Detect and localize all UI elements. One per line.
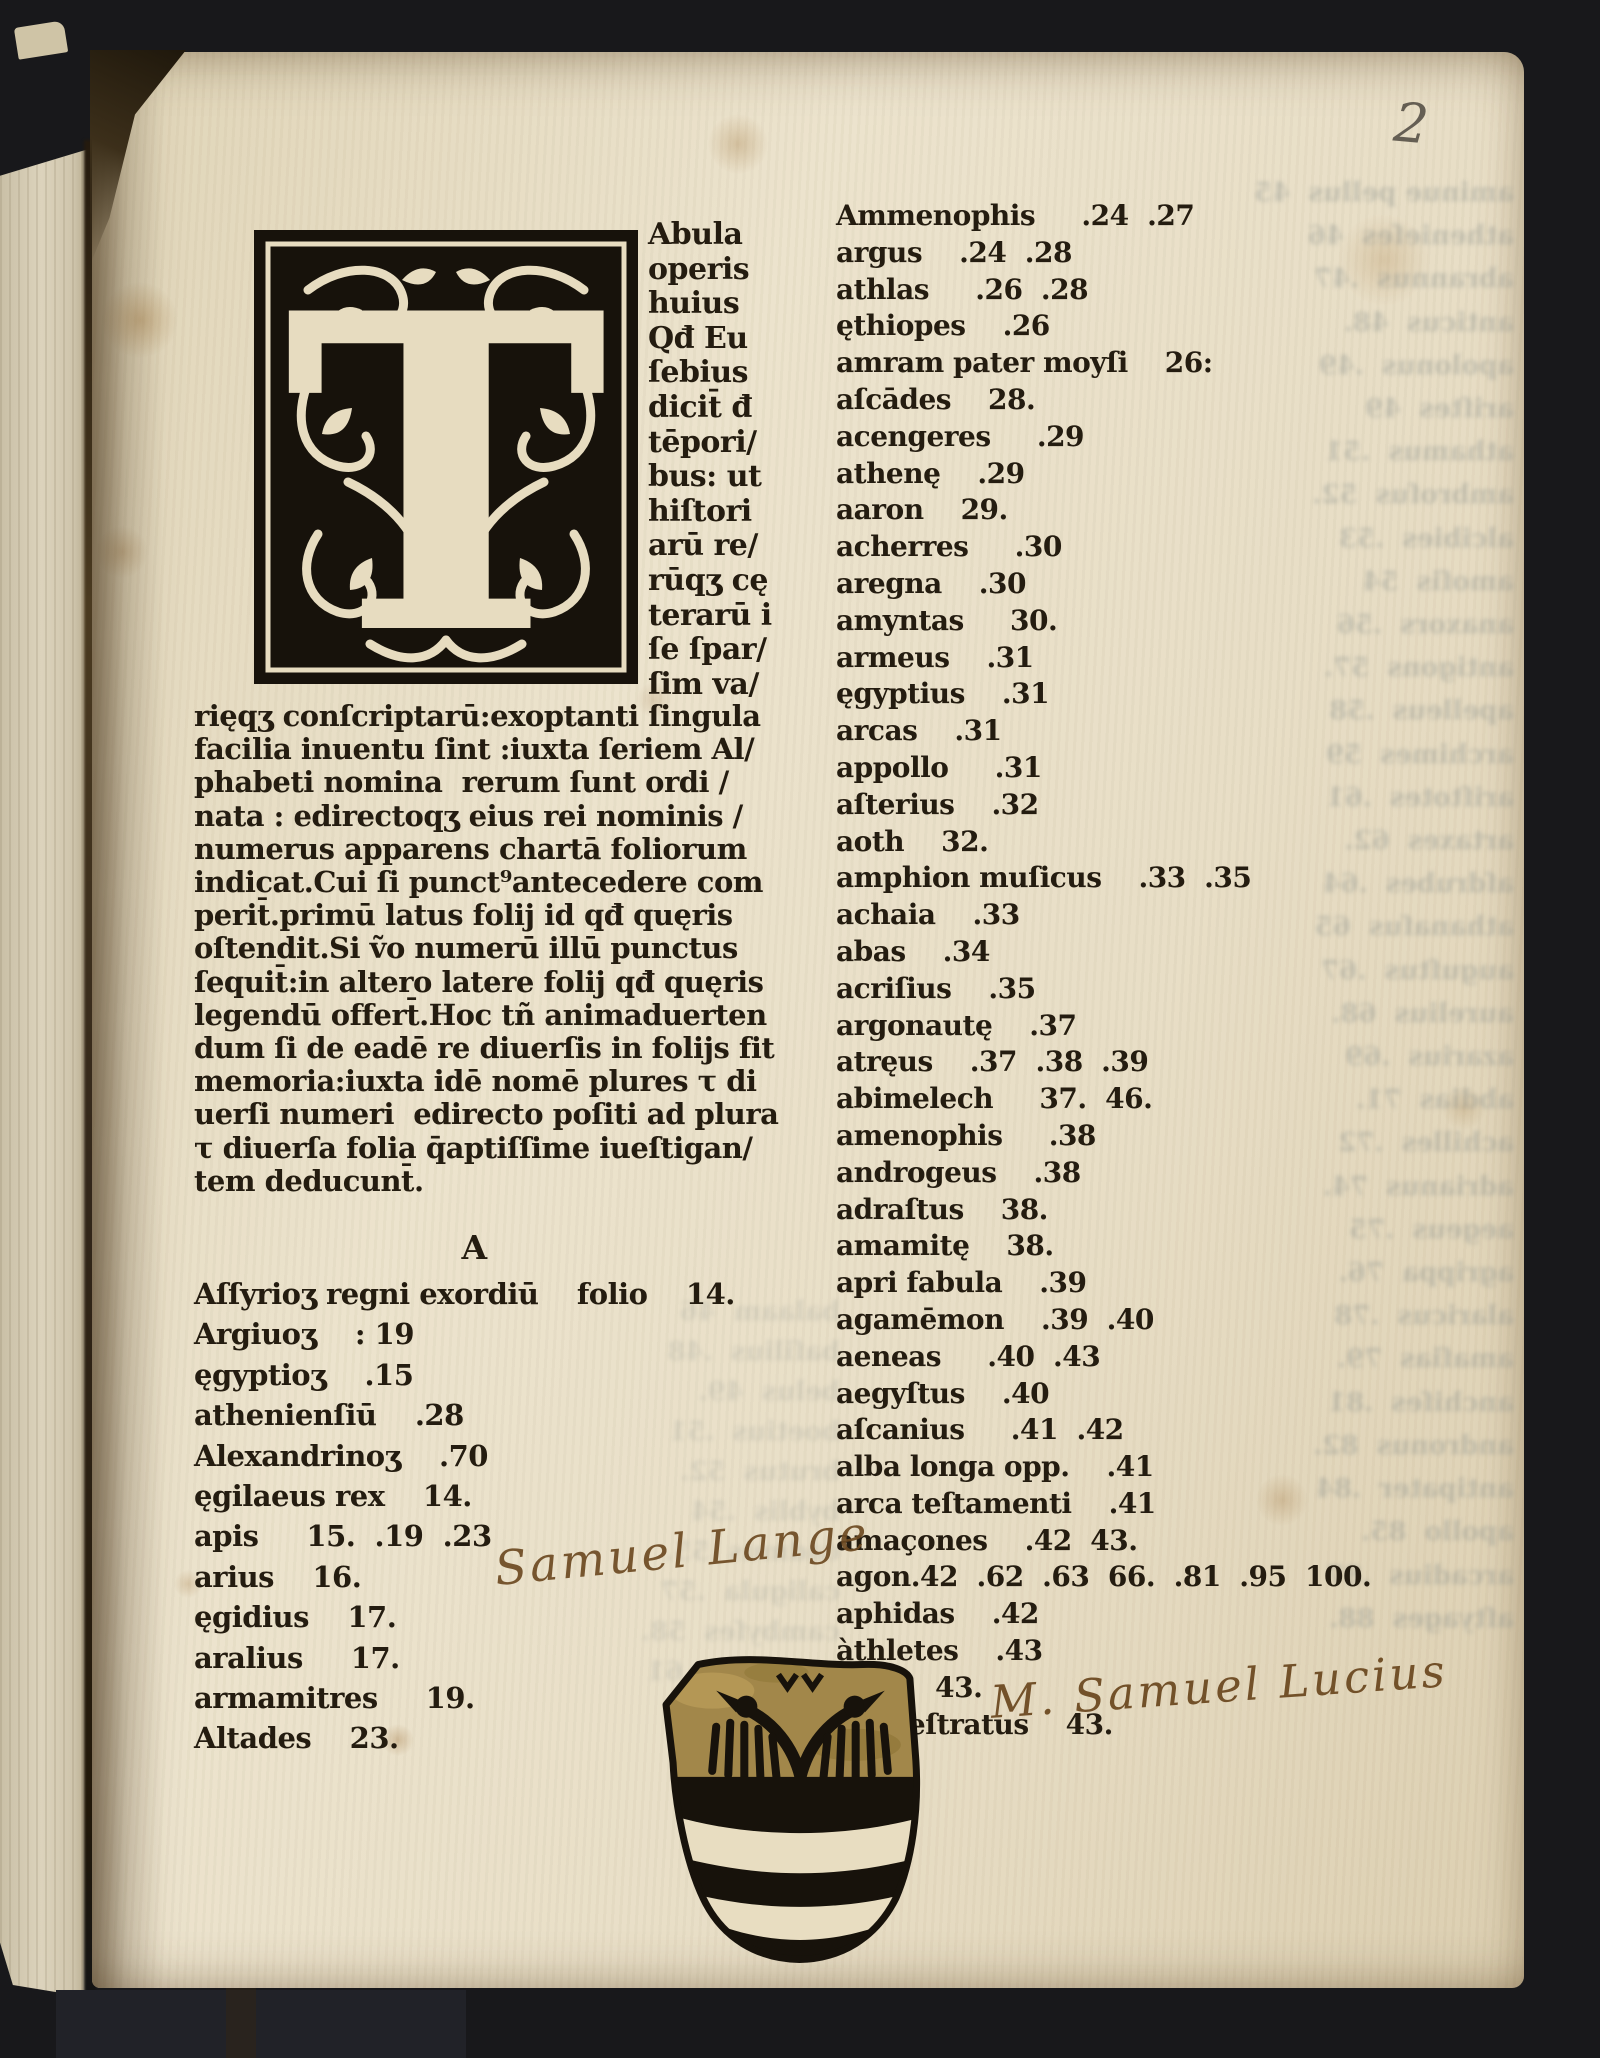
- index-entry: ęgyptioʒ .15: [194, 1355, 735, 1395]
- incipit-line: Qđ Eu: [648, 322, 772, 357]
- index-entry: Argiuoʒ : 19: [194, 1314, 735, 1354]
- index-entry: aſcādes 28.: [836, 382, 1371, 419]
- index-entry: amphion muſicus .33 .35: [836, 860, 1371, 897]
- index-entry: argus .24 .28: [836, 235, 1371, 272]
- book-page: aminue pellus 45athenieſes 46abrannus .4…: [92, 52, 1524, 1988]
- incipit-line: bus: ut: [648, 460, 772, 495]
- index-entry: acengeres .29: [836, 419, 1371, 456]
- index-entry: atręus .37 .38 .39: [836, 1044, 1371, 1081]
- index-entry: aeneas .40 .43: [836, 1339, 1371, 1376]
- index-entry: athenę .29: [836, 456, 1371, 493]
- coat-of-arms-svg: [652, 1652, 948, 1964]
- index-entry: aregna .30: [836, 566, 1371, 603]
- index-entry: aoth 32.: [836, 824, 1371, 861]
- index-entry: aphidas .42: [836, 1596, 1371, 1633]
- index-entry: ęgilaeus rex 14.: [194, 1476, 735, 1516]
- index-entry: agon.42 .62 .63 66. .81 .95 100.: [836, 1559, 1371, 1596]
- index-entry: amenophis .38: [836, 1118, 1371, 1155]
- index-entry: acriſius .35: [836, 971, 1371, 1008]
- previous-page-edge: [0, 148, 92, 1998]
- index-entry: androgeus .38: [836, 1155, 1371, 1192]
- index-entry: athenienſiū .28: [194, 1395, 735, 1435]
- coat-of-arms: hand-colored shield: gold chief with bla…: [652, 1652, 948, 1964]
- index-entry: acherres .30: [836, 529, 1371, 566]
- paragraph-line: nata : edirectoqʒ eius rei nominis /: [194, 800, 778, 833]
- index-entry: ęgyptius .31: [836, 676, 1371, 713]
- index-entry: aegyſtus .40: [836, 1376, 1371, 1413]
- paragraph-line: rięqʒ conſcriptarū:exoptanti ſingula: [194, 700, 778, 733]
- paragraph-line: oſtendit.Si ṽo numerū illū punctus: [194, 932, 778, 965]
- incipit-line: operis: [648, 253, 772, 288]
- paragraph-line: legendū offert̄.Hoc tñ animaduerten: [194, 999, 778, 1032]
- book-board-gutter: [226, 1988, 256, 2058]
- incipit-line: dicit̄ đ: [648, 391, 772, 426]
- incipit-line: huius: [648, 287, 772, 322]
- paragraph-line: numerus apparens chartā foliorum: [194, 833, 778, 866]
- index-entry: Alexandrinoʒ .70: [194, 1436, 735, 1476]
- incipit-line: ſebius: [648, 356, 772, 391]
- index-column-right: Ammenophis .24 .27argus .24 .28athlas .2…: [836, 198, 1371, 1743]
- incipit-line: tēpori/: [648, 426, 772, 461]
- index-entry: achaia .33: [836, 897, 1371, 934]
- incipit-line: hiſtori: [648, 495, 772, 530]
- paragraph-line: phabeti nomina rerum ſunt ordi /: [194, 766, 778, 799]
- paragraph-line: indicat.Cui ſi punct⁹antecedere com: [194, 866, 778, 899]
- index-entry: Aſſyrioʒ regni exordiū folio 14.: [194, 1274, 735, 1314]
- woodcut-initial-svg: T: [252, 228, 640, 686]
- index-entry: athlas .26 .28: [836, 272, 1371, 309]
- index-entry: apri fabula .39: [836, 1265, 1371, 1302]
- index-entry: amyntas 30.: [836, 603, 1371, 640]
- index-entry: amaçones .42 43.: [836, 1523, 1371, 1560]
- index-entry: arcas .31: [836, 713, 1371, 750]
- folio-number: 2: [1391, 91, 1431, 157]
- paragraph-line: dum ſi de eadē re diuerſis in folijs fit: [194, 1032, 778, 1065]
- incipit-side-text: AbulaoperishuiusQđ Euſebiusdicit̄ đtēpor…: [648, 218, 772, 702]
- index-entry: amamitę 38.: [836, 1228, 1371, 1265]
- incipit-line: arū re/: [648, 529, 772, 564]
- incipit-line: Abula: [648, 218, 772, 253]
- woodcut-initial-T: T: [252, 228, 640, 686]
- incipit-line: rūqʒ cę: [648, 564, 772, 599]
- photograph-of-book-page: { "document": { "folio_number": "2", "in…: [0, 0, 1600, 2058]
- book-board-shadow: [56, 1990, 466, 2058]
- index-entry: alba longa opp. .41: [836, 1449, 1371, 1486]
- paragraph-line: memoria:iuxta idē nomē plures τ di: [194, 1065, 778, 1098]
- index-entry: abas .34: [836, 934, 1371, 971]
- paper-edge-texture: [0, 148, 92, 1998]
- index-entry: appollo .31: [836, 750, 1371, 787]
- gutter-shadow: [92, 52, 164, 1988]
- incipit-line: ſe ſpar/: [648, 633, 772, 668]
- paragraph-line: tem deducunt̄.: [194, 1165, 778, 1198]
- paragraph-line: facilia inuentu ſint :iuxta ſeriem Al/: [194, 733, 778, 766]
- initial-letter-glyph: T: [286, 228, 606, 686]
- index-entry: abimelech 37. 46.: [836, 1081, 1371, 1118]
- index-entry: amram pater moyſi 26:: [836, 345, 1371, 382]
- incipit-line: terarū i: [648, 599, 772, 634]
- index-entry: argonautę .37: [836, 1008, 1371, 1045]
- index-entry: adraſtus 38.: [836, 1192, 1371, 1229]
- intro-paragraph: rięqʒ conſcriptarū:exoptanti ſingulafaci…: [194, 700, 778, 1198]
- paragraph-line: ſequit̄:in altero latere folij qđ quęris: [194, 966, 778, 999]
- index-entry: ęgidius 17.: [194, 1597, 735, 1637]
- torn-spine-tab: [14, 20, 68, 59]
- index-entry: aaron 29.: [836, 492, 1371, 529]
- index-entry: aſcanius .41 .42: [836, 1412, 1371, 1449]
- index-entry: armeus .31: [836, 640, 1371, 677]
- incipit-line: ſim va/: [648, 668, 772, 703]
- index-entry: aſterius .32: [836, 787, 1371, 824]
- index-entry: Ammenophis .24 .27: [836, 198, 1371, 235]
- paragraph-line: perit̄.primū latus folij id qđ quęris: [194, 899, 778, 932]
- paragraph-line: τ diuerſa folia q̄aptiſſime iueſtigan/: [194, 1132, 778, 1165]
- index-section-heading: A: [194, 1228, 754, 1267]
- paragraph-line: uerſi numeri edirecto poſiti ad plura: [194, 1098, 778, 1131]
- index-entry: ęthiopes .26: [836, 308, 1371, 345]
- index-entry: arca teſtamenti .41: [836, 1486, 1371, 1523]
- index-entry: agamēmon .39 .40: [836, 1302, 1371, 1339]
